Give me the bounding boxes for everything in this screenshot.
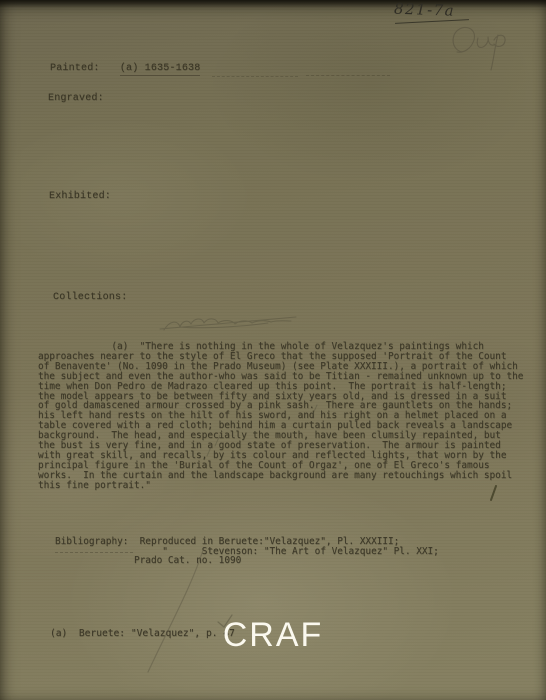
exhibited-label: Exhibited:: [49, 191, 111, 202]
pencil-dup-annotation: [453, 27, 505, 70]
erased-text-marks: [55, 552, 133, 553]
pencil-endorse-annotation: [160, 317, 296, 330]
engraved-field: Engraved:: [48, 93, 104, 104]
description-text: (a) "There is nothing in the whole of Ve…: [38, 342, 523, 491]
collections-field: Collections:: [53, 292, 127, 303]
catalog-number-underline: [395, 19, 469, 24]
painted-label: Painted:: [50, 63, 100, 74]
craf-watermark: CRAF: [0, 616, 546, 655]
painted-value: (a) 1635-1638: [120, 63, 201, 76]
erased-text-marks: [306, 75, 390, 76]
erased-text-marks: [212, 76, 298, 77]
catalog-number-text: 821-7a: [394, 0, 456, 20]
document-page: 821-7a Painted: (a) 1635-1638 Engraved: …: [0, 0, 546, 700]
exhibited-field: Exhibited:: [49, 191, 111, 202]
engraved-label: Engraved:: [48, 93, 104, 104]
painted-field: Painted: (a) 1635-1638: [50, 63, 200, 74]
collections-label: Collections:: [53, 292, 127, 303]
catalog-number: 821-7a: [394, 0, 473, 20]
